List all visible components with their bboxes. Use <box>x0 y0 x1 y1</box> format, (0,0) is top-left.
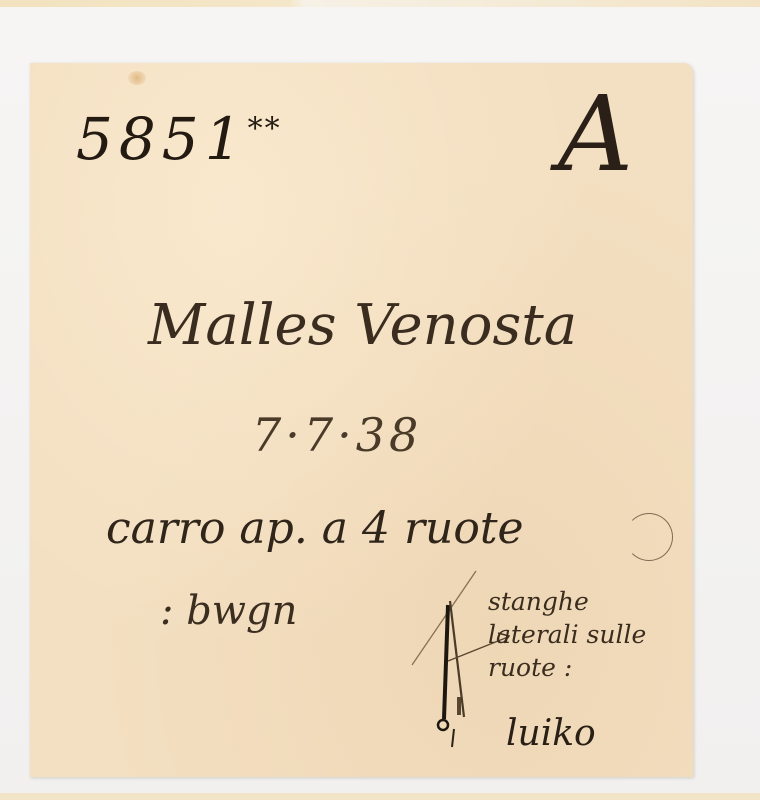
sketch-annotation: stanghe laterali sulle ruote : <box>488 585 646 684</box>
adjacent-card-bottom-edge <box>0 793 760 800</box>
dialect-term: luiko <box>506 713 596 754</box>
reference-marks: ** <box>248 112 282 147</box>
annotation-line: ruote : <box>488 651 646 684</box>
object-description: carro ap. a 4 ruote <box>106 503 524 554</box>
category-letter: A <box>558 73 633 195</box>
mounting-board: 5851** A Malles Venosta 7·7·38 carro ap.… <box>0 7 760 793</box>
date: 7·7·38 <box>252 408 422 462</box>
paper-stain <box>128 71 146 85</box>
reference-number: 5851** <box>76 105 282 173</box>
annotation-line: stanghe <box>488 585 646 618</box>
circled-ending-mark <box>625 513 673 561</box>
adjacent-card-top-edge <box>0 0 760 7</box>
place-name: Malles Venosta <box>148 293 577 358</box>
reference-number-value: 5851 <box>76 105 248 173</box>
annotation-line: laterali sulle <box>488 618 646 651</box>
index-card: 5851** A Malles Venosta 7·7·38 carro ap.… <box>30 63 693 777</box>
dialect-abbreviation: : bwgn <box>160 588 297 634</box>
